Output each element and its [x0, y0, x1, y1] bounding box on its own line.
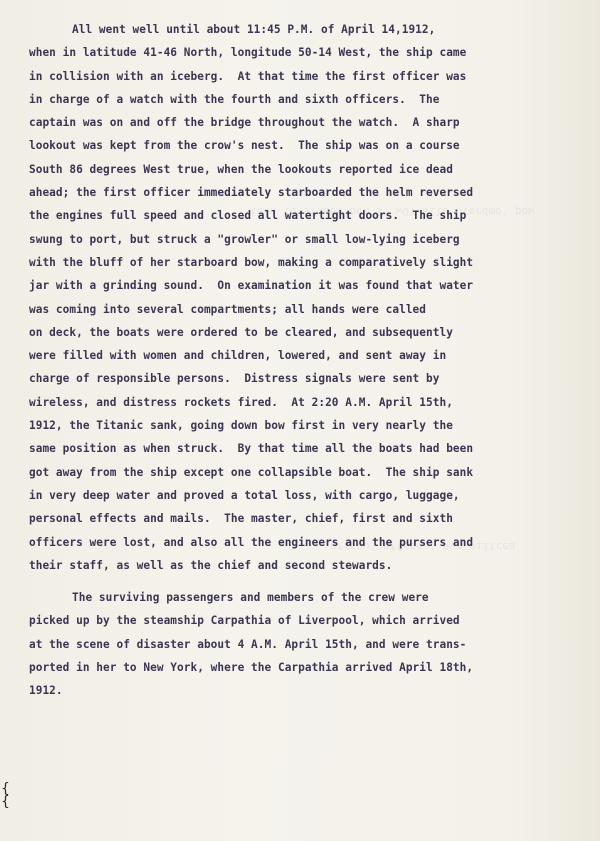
text-line: the engines full speed and closed all wa…: [29, 204, 589, 227]
text-line: were filled with women and children, low…: [29, 344, 589, 367]
text-line: captain was on and off the bridge throug…: [29, 111, 589, 134]
text-line: same position as when struck. By that ti…: [29, 437, 589, 460]
text-line: wireless, and distress rockets fired. At…: [29, 391, 589, 414]
text-line: in collision with an iceberg. At that ti…: [29, 65, 589, 88]
typewritten-page: town to stoaes bom I' wOY alle terdmo' p…: [0, 0, 600, 841]
text-line: ahead; the first officer immediately sta…: [29, 181, 589, 204]
text-line: picked up by the steamship Carpathia of …: [29, 609, 589, 632]
text-line: lookout was kept from the crow's nest. T…: [29, 134, 589, 157]
text-line: swung to port, but struck a "growler" or…: [29, 228, 589, 251]
text-line: personal effects and mails. The master, …: [29, 507, 589, 530]
paragraph-2: The surviving passengers and members of …: [29, 586, 589, 702]
text-line: All went well until about 11:45 P.M. of …: [29, 18, 589, 41]
margin-bracket-mark: { {: [1, 783, 10, 809]
document-body: All went well until about 11:45 P.M. of …: [29, 18, 589, 703]
text-line: on deck, the boats were ordered to be cl…: [29, 321, 589, 344]
text-line: their staff, as well as the chief and se…: [29, 554, 589, 577]
text-line: at the scene of disaster about 4 A.M. Ap…: [29, 633, 589, 656]
text-line: with the bluff of her starboard bow, mak…: [29, 251, 589, 274]
text-line: jar with a grinding sound. On examinatio…: [29, 274, 589, 297]
text-line: charge of responsible persons. Distress …: [29, 367, 589, 390]
text-line: South 86 degrees West true, when the loo…: [29, 158, 589, 181]
paragraph-1: All went well until about 11:45 P.M. of …: [29, 18, 589, 577]
text-line: got away from the ship except one collap…: [29, 461, 589, 484]
text-line: officers were lost, and also all the eng…: [29, 531, 589, 554]
text-line: was coming into several compartments; al…: [29, 298, 589, 321]
text-line: 1912, the Titanic sank, going down bow f…: [29, 414, 589, 437]
text-line: ported in her to New York, where the Car…: [29, 656, 589, 679]
text-line: The surviving passengers and members of …: [29, 586, 589, 609]
text-line: in very deep water and proved a total lo…: [29, 484, 589, 507]
text-line: 1912.: [29, 679, 589, 702]
text-line: when in latitude 41-46 North, longitude …: [29, 41, 589, 64]
text-line: in charge of a watch with the fourth and…: [29, 88, 589, 111]
